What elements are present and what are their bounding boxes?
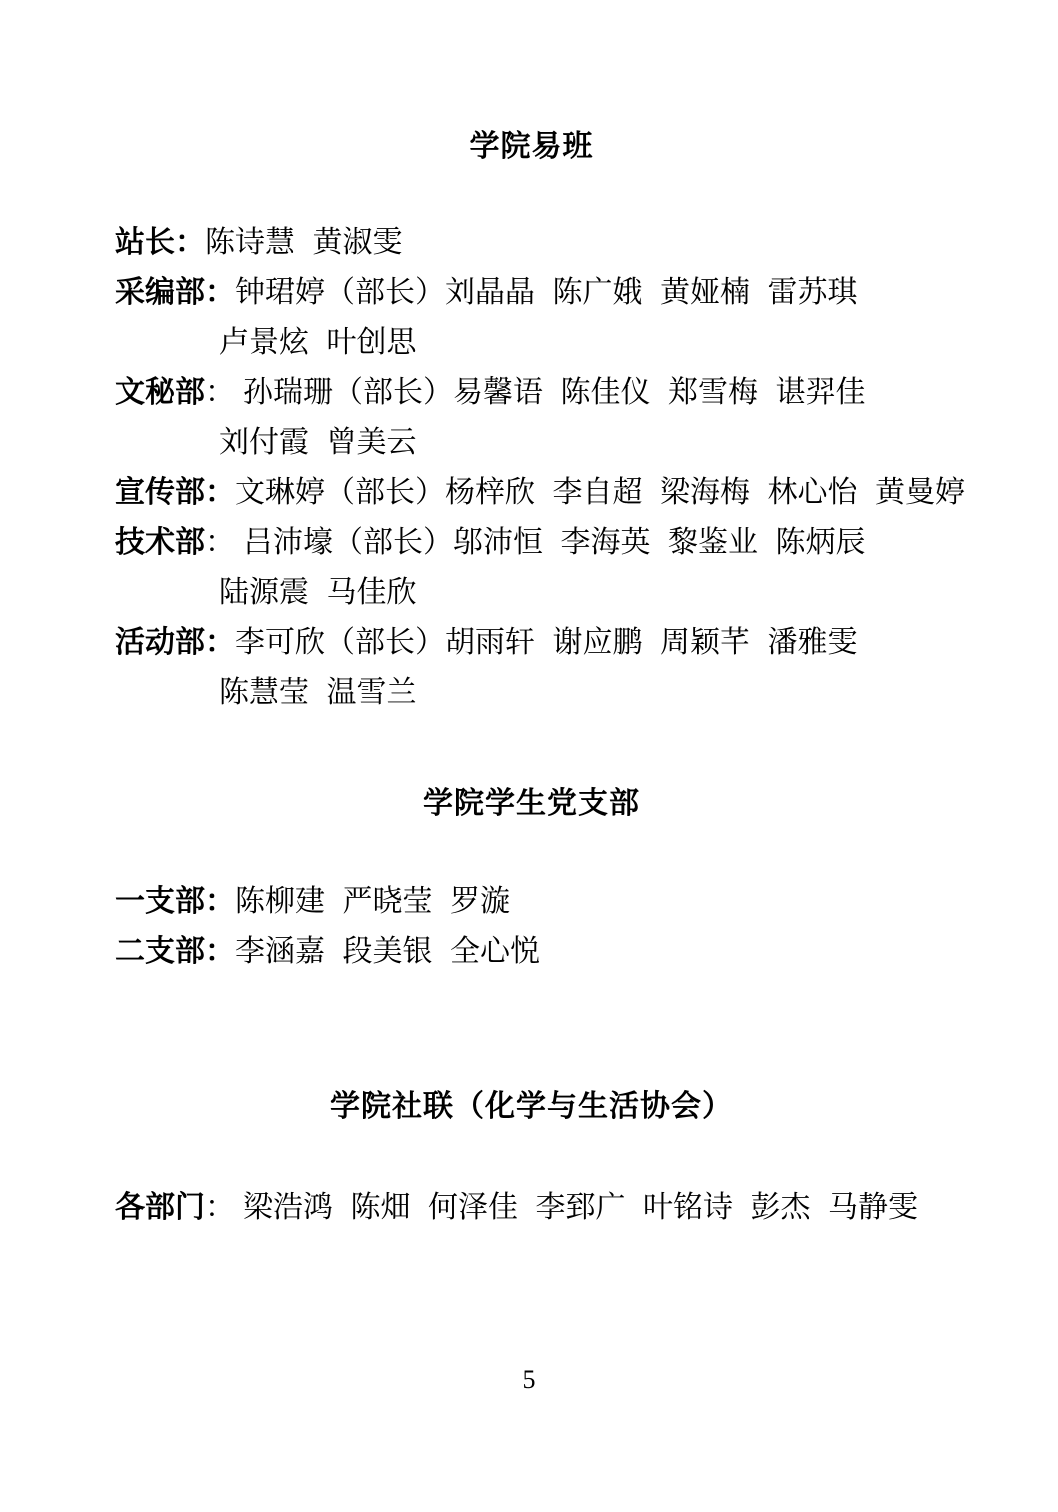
role-label: 技术部	[115, 526, 205, 559]
roster-entry-zhanzhang: 站长：陈诗慧 黄淑雯	[115, 218, 948, 268]
roster-line: 二支部：李涵嘉 段美银 全心悦	[115, 927, 948, 977]
role-label: 文秘部	[115, 376, 205, 409]
member-names: 陆源震 马佳欣	[219, 576, 417, 609]
section-title-yiban: 学院易班	[115, 128, 948, 166]
roster-line: 活动部：李可欣（部长）胡雨轩 谢应鹏 周颖芊 潘雅雯	[115, 618, 948, 668]
role-label: 各部门	[115, 1191, 205, 1224]
role-label: 采编部：	[115, 276, 235, 309]
role-colon: ：	[205, 376, 235, 409]
member-names: 钟珺婷（部长）刘晶晶 陈广娥 黄娅楠 雷苏琪	[235, 276, 858, 309]
roster-section-shelian: 各部门：梁浩鸿 陈畑 何泽佳 李郅广 叶铭诗 彭杰 马静雯	[115, 1183, 948, 1233]
member-names: 李涵嘉 段美银 全心悦	[235, 935, 540, 968]
roster-line: 站长：陈诗慧 黄淑雯	[115, 218, 948, 268]
roster-entry-xuanchuanbu: 宣传部：文琳婷（部长）杨梓欣 李自超 梁海梅 林心怡 黄曼婷	[115, 468, 948, 518]
roster-line-continuation: 陆源震 马佳欣	[115, 568, 948, 618]
role-colon: ：	[205, 1191, 235, 1224]
member-names: 陈诗慧 黄淑雯	[205, 226, 403, 259]
roster-section-dangzhibu: 一支部：陈柳建 严晓莹 罗漩 二支部：李涵嘉 段美银 全心悦	[115, 877, 948, 977]
roster-section-yiban: 站长：陈诗慧 黄淑雯 采编部：钟珺婷（部长）刘晶晶 陈广娥 黄娅楠 雷苏琪 卢景…	[115, 218, 948, 718]
member-names: 梁浩鸿 陈畑 何泽佳 李郅广 叶铭诗 彭杰 马静雯	[243, 1191, 918, 1224]
member-names: 李可欣（部长）胡雨轩 谢应鹏 周颖芊 潘雅雯	[235, 626, 858, 659]
member-names: 孙瑞珊（部长）易馨语 陈佳仪 郑雪梅 谌羿佳	[243, 376, 866, 409]
roster-line: 各部门：梁浩鸿 陈畑 何泽佳 李郅广 叶铭诗 彭杰 马静雯	[115, 1183, 948, 1233]
roster-line-continuation: 陈慧莹 温雪兰	[115, 668, 948, 718]
roster-line-continuation: 刘付霞 曾美云	[115, 418, 948, 468]
role-label: 一支部：	[115, 885, 235, 918]
member-names: 文琳婷（部长）杨梓欣 李自超 梁海梅 林心怡 黄曼婷	[235, 476, 965, 509]
role-label: 二支部：	[115, 935, 235, 968]
roster-entry-huodongbu: 活动部：李可欣（部长）胡雨轩 谢应鹏 周颖芊 潘雅雯 陈慧莹 温雪兰	[115, 618, 948, 718]
roster-entry-jishubu: 技术部：吕沛壕（部长）邬沛恒 李海英 黎鉴业 陈炳辰 陆源震 马佳欣	[115, 518, 948, 618]
member-names: 陈柳建 严晓莹 罗漩	[235, 885, 510, 918]
roster-entry-yizhibu: 一支部：陈柳建 严晓莹 罗漩	[115, 877, 948, 927]
roster-line: 宣传部：文琳婷（部长）杨梓欣 李自超 梁海梅 林心怡 黄曼婷	[115, 468, 948, 518]
document-page: 学院易班 站长：陈诗慧 黄淑雯 采编部：钟珺婷（部长）刘晶晶 陈广娥 黄娅楠 雷…	[0, 0, 1058, 1512]
roster-entry-wenmibu: 文秘部：孙瑞珊（部长）易馨语 陈佳仪 郑雪梅 谌羿佳 刘付霞 曾美云	[115, 368, 948, 468]
roster-line: 技术部：吕沛壕（部长）邬沛恒 李海英 黎鉴业 陈炳辰	[115, 518, 948, 568]
section-title-shelian: 学院社联（化学与生活协会）	[115, 1088, 948, 1126]
member-names: 吕沛壕（部长）邬沛恒 李海英 黎鉴业 陈炳辰	[243, 526, 866, 559]
member-names: 陈慧莹 温雪兰	[219, 676, 417, 709]
roster-line: 采编部：钟珺婷（部长）刘晶晶 陈广娥 黄娅楠 雷苏琪	[115, 268, 948, 318]
role-label: 宣传部：	[115, 476, 235, 509]
roster-entry-erzhibu: 二支部：李涵嘉 段美银 全心悦	[115, 927, 948, 977]
member-names: 卢景炫 叶创思	[219, 326, 417, 359]
roster-entry-caibianbu: 采编部：钟珺婷（部长）刘晶晶 陈广娥 黄娅楠 雷苏琪 卢景炫 叶创思	[115, 268, 948, 368]
roster-entry-gebumen: 各部门：梁浩鸿 陈畑 何泽佳 李郅广 叶铭诗 彭杰 马静雯	[115, 1183, 948, 1233]
role-colon: ：	[205, 526, 235, 559]
section-title-dangzhibu: 学院学生党支部	[115, 785, 948, 823]
roster-line: 一支部：陈柳建 严晓莹 罗漩	[115, 877, 948, 927]
member-names: 刘付霞 曾美云	[219, 426, 417, 459]
role-label: 站长：	[115, 226, 205, 259]
roster-line-continuation: 卢景炫 叶创思	[115, 318, 948, 368]
role-label: 活动部：	[115, 626, 235, 659]
roster-line: 文秘部：孙瑞珊（部长）易馨语 陈佳仪 郑雪梅 谌羿佳	[115, 368, 948, 418]
page-number: 5	[0, 1365, 1058, 1395]
